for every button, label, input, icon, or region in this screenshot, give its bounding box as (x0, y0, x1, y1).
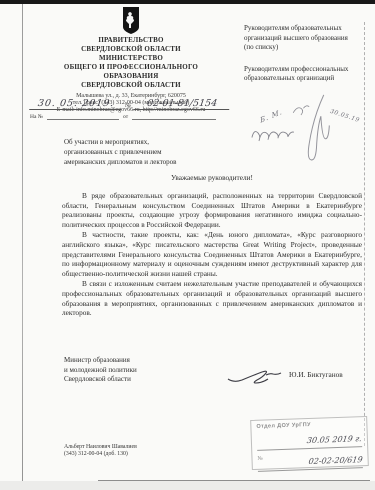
paragraph: В связи с изложенным считаем нежелательн… (62, 279, 362, 318)
subject-line: организованных с привлечением (64, 147, 244, 157)
scan-edge-top (0, 0, 375, 4)
subject-block: Об участии в мероприятиях, организованны… (64, 137, 244, 167)
signatory-name: Ю.И. Биктуганов (289, 370, 343, 379)
org-name-line: МИНИСТЕРСТВО (32, 54, 230, 63)
org-name-line: ОБЩЕГО И ПРОФЕССИОНАЛЬНОГО (32, 63, 230, 72)
minister-signature-icon (226, 366, 284, 386)
reply-na-label: На № (30, 114, 43, 120)
handwriting-scribble (237, 75, 375, 188)
registration-stamp: Отдел ДОУ УрГПУ 30.05 2019 г. № 02-02-20… (250, 416, 369, 470)
recipient-block-higher-education: Руководителям образовательных организаци… (244, 24, 368, 53)
handwritten-outgoing-number: 02-01-81/5154 (133, 98, 231, 110)
recipient-line: Руководителям профессиональных (244, 65, 368, 75)
reply-date-blank (132, 112, 216, 120)
reply-ot-label: от (123, 114, 128, 120)
subject-line: Об участии в мероприятиях, (64, 137, 244, 147)
recipient-line: (по списку) (244, 43, 368, 53)
position-line: Свердловской области (64, 375, 137, 385)
handwritten-date: 30. 05. 2019. (29, 98, 123, 110)
executor-contact: Альберт Наилович Шавалиев (343) 312-00-0… (64, 444, 137, 458)
scan-edge-bottom-strip (0, 481, 375, 490)
org-name-line: ПРАВИТЕЛЬСТВО (32, 36, 230, 45)
stamp-handwritten-date: 30.05 2019 г. (306, 434, 362, 445)
paragraph: В ряде образовательных организаций, расп… (62, 191, 362, 230)
handwritten-annotation: Б. М. 30.05.19 (237, 75, 375, 188)
letter-body: Уважаемые руководители! В ряде образоват… (62, 173, 362, 318)
stamp-handwritten-number: 02-02-20/619 (308, 455, 363, 466)
subject-line: американских дипломатов и лекторов (64, 157, 244, 167)
outgoing-dateline: 30. 05. 2019. № 02-01-81/5154 (30, 98, 234, 110)
org-name-line: СВЕРДЛОВСКОЙ ОБЛАСТИ (32, 81, 230, 90)
number-label: № (122, 103, 134, 110)
reply-number-blank (47, 112, 119, 120)
position-line: и молодежной политики (64, 366, 137, 376)
paragraph: В частности, такие проекты, как: «День ю… (62, 230, 362, 279)
position-line: Министр образования (64, 356, 137, 366)
coat-of-arms-icon (121, 7, 141, 34)
stamp-date-row: 30.05 2019 г. (257, 428, 363, 451)
org-name-line: ОБРАЗОВАНИЯ (32, 72, 230, 81)
stamp-number-label: № (257, 453, 263, 462)
scan-edge-right (364, 22, 365, 446)
recipients: Руководителям образовательных организаци… (244, 24, 368, 84)
reply-reference-line: На № от (30, 112, 234, 120)
recipient-line: организаций высшего образования (244, 34, 368, 44)
salutation: Уважаемые руководители! (62, 173, 362, 183)
executor-name: Альберт Наилович Шавалиев (64, 444, 137, 451)
recipient-line: Руководителям образовательных (244, 24, 368, 34)
scan-edge-left (22, 4, 23, 490)
scanned-letter-page: ПРАВИТЕЛЬСТВО СВЕРДЛОВСКОЙ ОБЛАСТИ МИНИС… (0, 0, 375, 490)
executor-phone: (343) 312-00-04 (доб. 130) (64, 451, 137, 458)
org-name-line: СВЕРДЛОВСКОЙ ОБЛАСТИ (32, 45, 230, 54)
stamp-number-row: № 02-02-20/619 (257, 449, 363, 472)
signatory-position: Министр образования и молодежной политик… (64, 356, 137, 385)
